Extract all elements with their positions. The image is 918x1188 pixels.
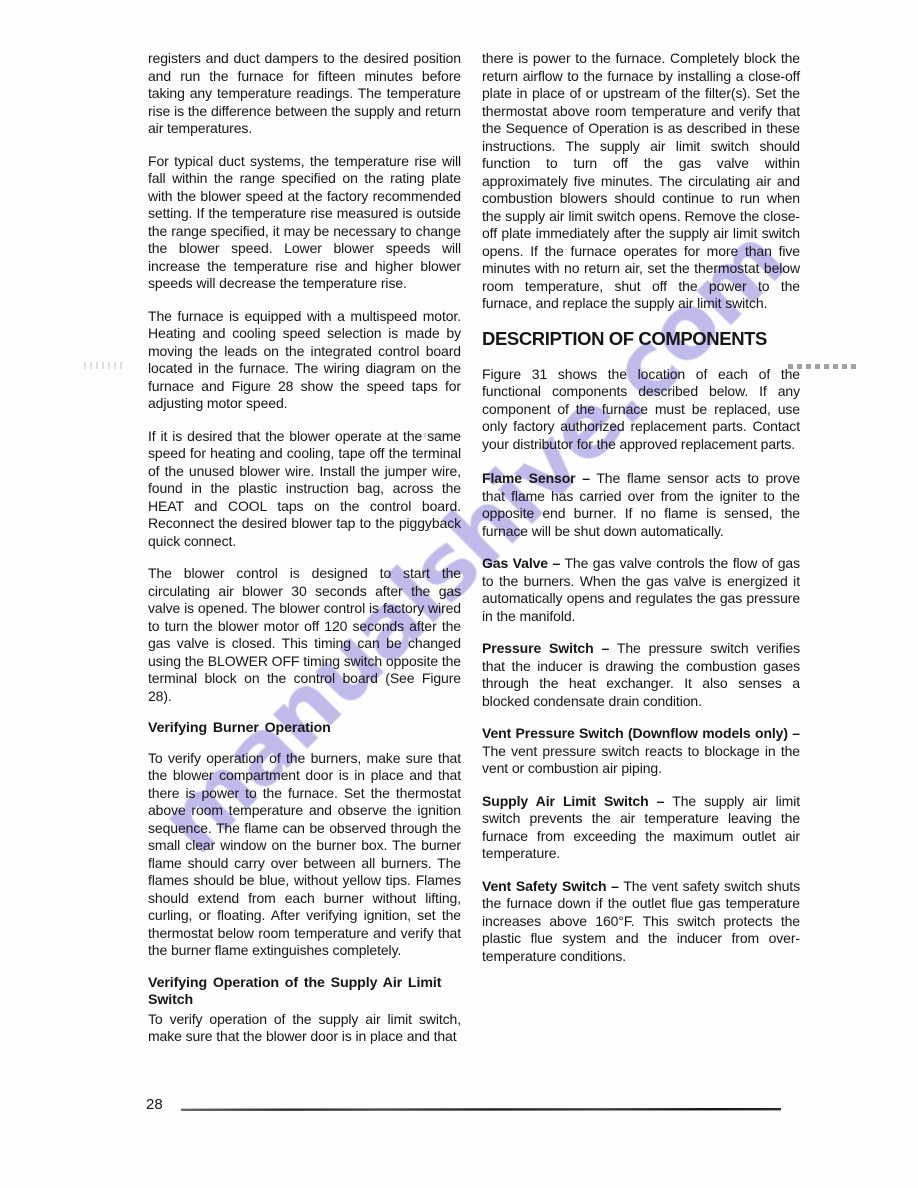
- scan-artifact-speckles: [424, 433, 458, 437]
- scan-artifact-right-dashes: [788, 364, 858, 369]
- paragraph-registers: registers and duct dampers to the desire…: [148, 50, 461, 138]
- right-column: there is power to the furnace. Completel…: [482, 50, 800, 980]
- paragraph-verify-limit-switch: To verify operation of the supply air li…: [148, 1011, 461, 1046]
- component-pressure-switch: Pressure Switch – The pressure switch ve…: [482, 640, 800, 710]
- manual-page: manualshive.com registers and duct dampe…: [0, 0, 918, 1188]
- component-term: Vent Pressure Switch (Downflow models on…: [482, 725, 800, 741]
- component-flame-sensor: Flame Sensor – The flame sensor acts to …: [482, 470, 800, 540]
- paragraph-blower-control: The blower control is designed to start …: [148, 565, 461, 705]
- component-term: Supply Air Limit Switch –: [482, 793, 664, 809]
- component-supply-air-limit-switch: Supply Air Limit Switch – The supply air…: [482, 793, 800, 863]
- paragraph-multispeed-motor: The furnace is equipped with a multispee…: [148, 308, 461, 413]
- scan-artifact-left-dashes: [84, 362, 122, 369]
- component-term: Gas Valve –: [482, 555, 560, 571]
- component-vent-pressure-switch: Vent Pressure Switch (Downflow models on…: [482, 725, 800, 778]
- component-term: Vent Safety Switch –: [482, 878, 619, 894]
- component-desc: The vent pressure switch reacts to block…: [482, 743, 800, 777]
- left-column: registers and duct dampers to the desire…: [148, 50, 461, 1061]
- component-term: Flame Sensor –: [482, 470, 590, 486]
- component-term: Pressure Switch –: [482, 640, 609, 656]
- paragraph-same-speed: If it is desired that the blower operate…: [148, 428, 461, 551]
- paragraph-figure-31: Figure 31 shows the location of each of …: [482, 366, 800, 454]
- heading-verifying-burner-operation: Verifying Burner Operation: [148, 720, 461, 738]
- heading-verifying-supply-air-limit-switch: Verifying Operation of the Supply Air Li…: [148, 975, 461, 1010]
- paragraph-power-continuation: there is power to the furnace. Completel…: [482, 50, 800, 313]
- component-gas-valve: Gas Valve – The gas valve controls the f…: [482, 555, 800, 625]
- component-vent-safety-switch: Vent Safety Switch – The vent safety swi…: [482, 878, 800, 966]
- paragraph-typical-duct: For typical duct systems, the temperatur…: [148, 153, 461, 293]
- footer-rule: [181, 1108, 781, 1111]
- page-number: 28: [146, 1096, 163, 1113]
- paragraph-verify-burners: To verify operation of the burners, make…: [148, 750, 461, 960]
- section-title-description-of-components: DESCRIPTION OF COMPONENTS: [482, 328, 800, 350]
